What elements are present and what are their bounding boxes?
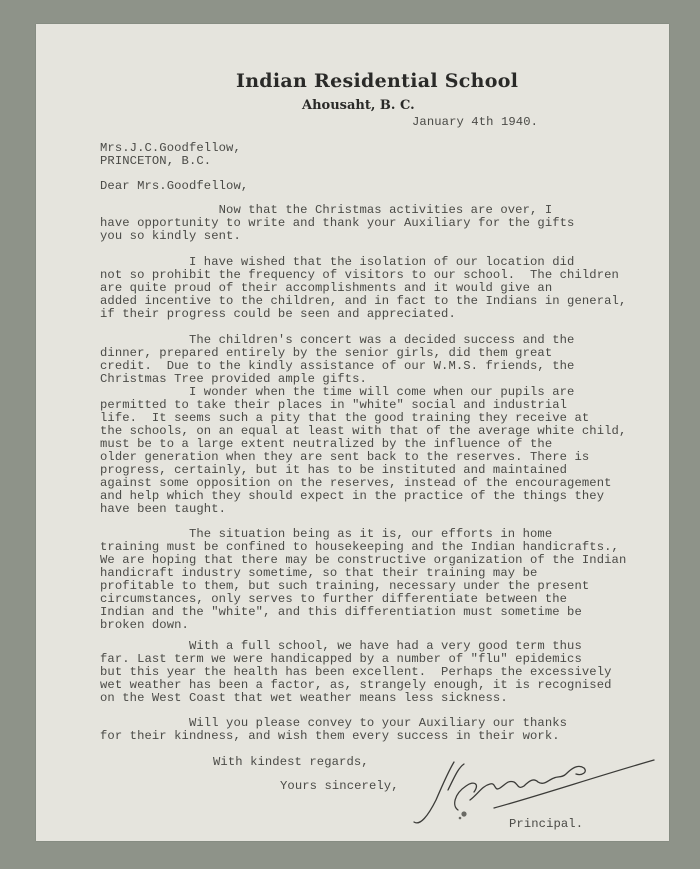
paragraph-1: Now that the Christmas activities are ov… xyxy=(100,204,574,243)
paragraph-3: The children's concert was a decided suc… xyxy=(100,334,574,386)
letterhead-title: Indian Residential School xyxy=(236,70,518,92)
signatory-title: Principal. xyxy=(509,818,583,831)
recipient-address: Mrs.J.C.Goodfellow, PRINCETON, B.C. xyxy=(100,142,241,168)
closing: With kindest regards, xyxy=(213,756,369,769)
letter-date: January 4th 1940. xyxy=(412,116,538,129)
paragraph-2: I have wished that the isolation of our … xyxy=(100,256,626,321)
paragraph-5: The situation being as it is, our effort… xyxy=(100,528,626,632)
recipient-name: Mrs.J.C.Goodfellow, xyxy=(100,141,241,155)
salutation: Dear Mrs.Goodfellow, xyxy=(100,180,248,193)
paragraph-6: With a full school, we have had a very g… xyxy=(100,640,612,705)
paragraph-4: I wonder when the time will come when ou… xyxy=(100,386,626,516)
paragraph-7: Will you please convey to your Auxiliary… xyxy=(100,717,567,743)
valediction: Yours sincerely, xyxy=(280,780,399,793)
letterhead-place: Ahousaht, B. C. xyxy=(302,98,415,113)
recipient-location: PRINCETON, B.C. xyxy=(100,154,211,168)
